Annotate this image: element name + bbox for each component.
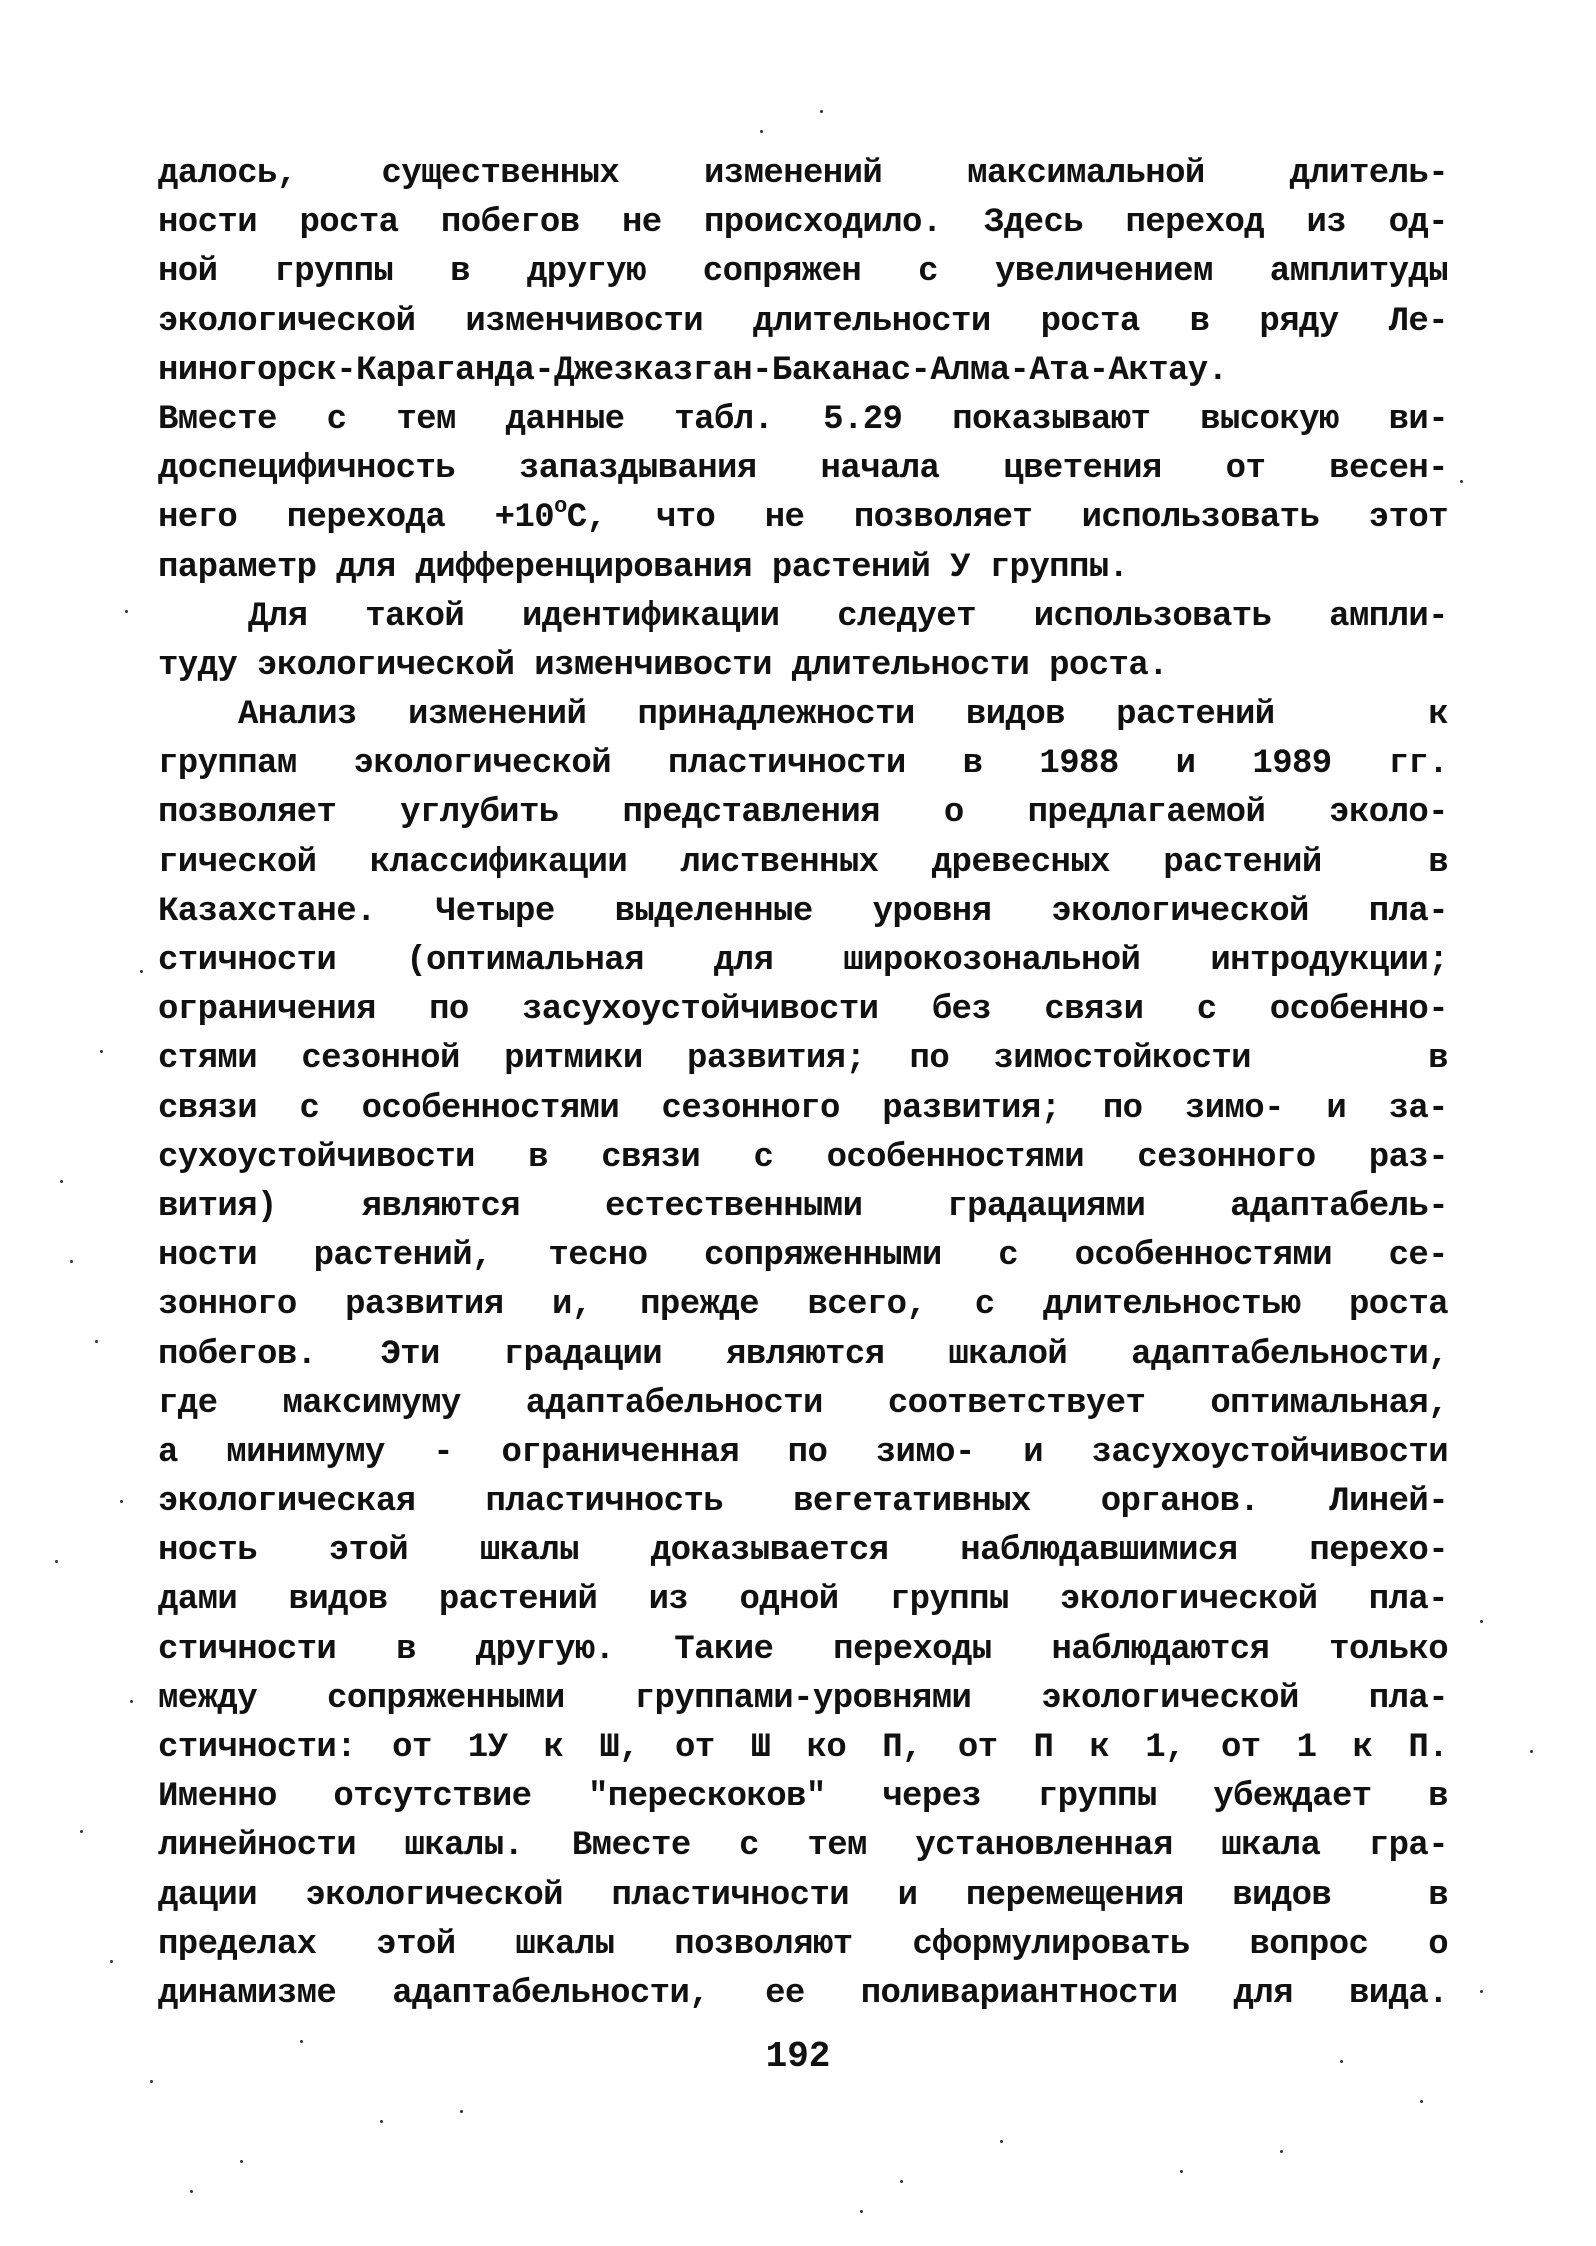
scan-noise-speck: [760, 130, 763, 133]
scan-noise-speck: [55, 1560, 58, 1563]
scan-noise-speck: [820, 110, 823, 113]
text-line: Казахстане. Четыре выделенные уровня эко…: [158, 888, 1448, 937]
text-line: зонного развития и, прежде всего, с длит…: [158, 1281, 1448, 1330]
page-number: 192: [0, 2036, 1596, 2077]
scan-noise-speck: [120, 1500, 123, 1503]
text-line: а минимуму - ограниченная по зимо- и зас…: [158, 1429, 1448, 1478]
text-line: динамизме адаптабельности, ее поливариан…: [158, 1970, 1448, 2019]
text-line: вития) являются естественными градациями…: [158, 1183, 1448, 1232]
scan-noise-speck: [1000, 2140, 1003, 2143]
scan-noise-speck: [1480, 1620, 1483, 1623]
text-line: Вместе с тем данные табл. 5.29 показываю…: [158, 396, 1448, 445]
scan-noise-speck: [460, 2110, 463, 2113]
text-line: стичности: от 1У к Ш, от Ш ко П, от П к …: [158, 1724, 1448, 1773]
text-line: между сопряженными группами-уровнями эко…: [158, 1675, 1448, 1724]
text-line: параметр для дифференцирования растений …: [158, 544, 1448, 593]
text-line: ности роста побегов не происходило. Здес…: [158, 199, 1448, 248]
scan-noise-speck: [95, 1340, 98, 1343]
scan-noise-speck: [860, 2210, 863, 2213]
text-line: стями сезонной ритмики развития; по зимо…: [158, 1035, 1448, 1084]
scan-noise-speck: [1420, 2100, 1423, 2103]
scan-noise-speck: [240, 2160, 243, 2163]
text-line: стичности в другую. Такие переходы наблю…: [158, 1626, 1448, 1675]
scan-noise-speck: [190, 2190, 193, 2193]
scan-noise-speck: [1530, 1750, 1533, 1753]
text-line: гической классификации лиственных древес…: [158, 839, 1448, 888]
text-line: линейности шкалы. Вместе с тем установле…: [158, 1822, 1448, 1871]
scan-noise-speck: [100, 1050, 103, 1053]
scan-noise-speck: [380, 2120, 383, 2123]
scan-noise-speck: [1340, 2060, 1343, 2063]
text-line: группам экологической пластичности в 198…: [158, 740, 1448, 789]
text-line: далось, существенных изменений максималь…: [158, 150, 1448, 199]
scan-noise-speck: [300, 2040, 303, 2043]
text-line: ограничения по засухоустойчивости без св…: [158, 986, 1448, 1035]
scan-noise-speck: [125, 610, 128, 613]
scanned-page: далось, существенных изменений максималь…: [0, 0, 1596, 2246]
text-line: дации экологической пластичности и перем…: [158, 1872, 1448, 1921]
text-line: позволяет углубить представления о предл…: [158, 789, 1448, 838]
text-line: ности растений, тесно сопряженными с осо…: [158, 1232, 1448, 1281]
scan-noise-speck: [1460, 480, 1463, 483]
scan-noise-speck: [60, 1180, 63, 1183]
scan-noise-speck: [1180, 2170, 1183, 2173]
scan-noise-speck: [110, 1960, 113, 1963]
text-line: него перехода +10оС, что не позволяет ис…: [158, 494, 1448, 543]
text-line: Для такой идентификации следует использо…: [158, 593, 1448, 642]
text-line: ной группы в другую сопряжен с увеличени…: [158, 248, 1448, 297]
text-line: побегов. Эти градации являются шкалой ад…: [158, 1331, 1448, 1380]
text-line: пределах этой шкалы позволяют сформулиро…: [158, 1921, 1448, 1970]
scan-noise-speck: [70, 1260, 73, 1263]
scan-noise-speck: [1280, 2150, 1283, 2153]
text-line: Анализ изменений принадлежности видов ра…: [158, 691, 1448, 740]
text-line: ниногорск-Караганда-Джезказган-Баканас-А…: [158, 347, 1448, 396]
scan-noise-speck: [140, 970, 143, 973]
scan-noise-speck: [80, 1830, 83, 1833]
text-line: сухоустойчивости в связи с особенностями…: [158, 1134, 1448, 1183]
body-text: далось, существенных изменений максималь…: [158, 150, 1448, 2019]
text-line: Именно отсутствие "перескоков" через гру…: [158, 1773, 1448, 1822]
text-line: доспецифичность запаздывания начала цвет…: [158, 445, 1448, 494]
text-line: экологической изменчивости длительности …: [158, 298, 1448, 347]
scan-noise-speck: [150, 2080, 153, 2083]
text-line: где максимуму адаптабельности соответств…: [158, 1380, 1448, 1429]
text-line: ность этой шкалы доказывается наблюдавши…: [158, 1527, 1448, 1576]
degree-superscript: о: [554, 494, 567, 519]
text-line: дами видов растений из одной группы экол…: [158, 1576, 1448, 1625]
scan-noise-speck: [1480, 1990, 1483, 1993]
scan-noise-speck: [130, 1700, 133, 1703]
text-line: экологическая пластичность вегетативных …: [158, 1478, 1448, 1527]
text-line: стичности (оптимальная для широкозональн…: [158, 937, 1448, 986]
text-line: туду экологической изменчивости длительн…: [158, 642, 1448, 691]
text-line: связи с особенностями сезонного развития…: [158, 1085, 1448, 1134]
scan-noise-speck: [900, 2180, 903, 2183]
